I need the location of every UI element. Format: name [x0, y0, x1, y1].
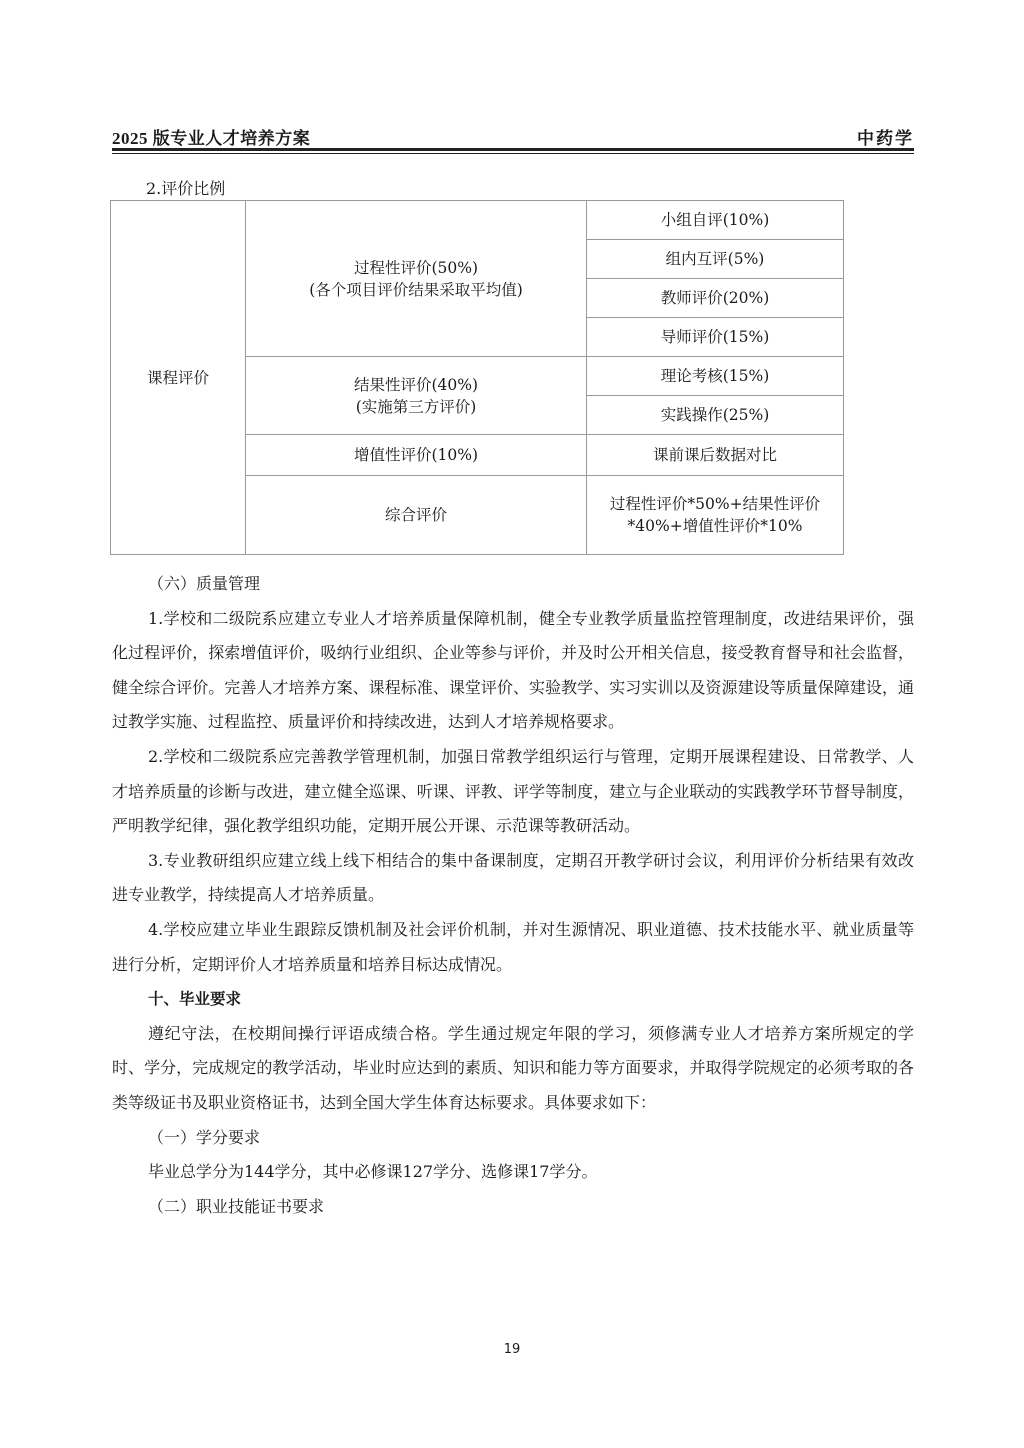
table-cell: 小组自评(10%): [587, 201, 844, 240]
header-rule-thin: [112, 153, 914, 154]
table-cell: 组内互评(5%): [587, 240, 844, 279]
header-major: 中药学: [857, 124, 914, 149]
paragraph: 2.学校和二级院系应完善教学管理机制，加强日常教学组织运行与管理，定期开展课程建…: [112, 740, 914, 844]
evaluation-ratio-table: 课程评价 过程性评价(50%) (各个项目评价结果采取平均值) 小组自评(10%…: [110, 200, 844, 555]
table-category-cell: 课程评价: [111, 201, 246, 555]
header-rule-thick: [112, 148, 914, 151]
comprehensive-eval-cell: 综合评价: [246, 476, 587, 555]
document-body: （六）质量管理 1.学校和二级院系应建立专业人才培养质量保障机制，健全专业教学质…: [112, 567, 914, 1224]
result-eval-label: 结果性评价(40%): [252, 374, 580, 396]
comprehensive-formula-cell: 过程性评价*50%+结果性评价 *40%+增值性评价*10%: [587, 476, 844, 555]
section-subtitle: 2.评价比例: [146, 176, 225, 199]
paragraph: 3.专业教研组织应建立线上线下相结合的集中备课制度，定期召开教学研讨会议，利用评…: [112, 844, 914, 913]
page-number: 19: [0, 1342, 1024, 1357]
process-eval-cell: 过程性评价(50%) (各个项目评价结果采取平均值): [246, 201, 587, 357]
table-cell: 理论考核(15%): [587, 357, 844, 396]
value-added-eval-cell: 增值性评价(10%): [246, 435, 587, 476]
table-cell: 导师评价(15%): [587, 318, 844, 357]
credits-heading: （一）学分要求: [112, 1121, 914, 1156]
quality-heading: （六）质量管理: [112, 567, 914, 602]
paragraph: 1.学校和二级院系应建立专业人才培养质量保障机制，健全专业教学质量监控管理制度，…: [112, 602, 914, 740]
formula-line: *40%+增值性评价*10%: [593, 515, 837, 537]
cert-heading: （二）职业技能证书要求: [112, 1190, 914, 1225]
process-eval-note: (各个项目评价结果采取平均值): [252, 279, 580, 301]
table-cell: 教师评价(20%): [587, 279, 844, 318]
paragraph: 遵纪守法，在校期间操行评语成绩合格。学生通过规定年限的学习，须修满专业人才培养方…: [112, 1017, 914, 1121]
table-cell: 课前课后数据对比: [587, 435, 844, 476]
result-eval-note: (实施第三方评价): [252, 396, 580, 418]
paragraph: 4.学校应建立毕业生跟踪反馈机制及社会评价机制，并对生源情况、职业道德、技术技能…: [112, 913, 914, 982]
table-cell: 实践操作(25%): [587, 396, 844, 435]
credits-text: 毕业总学分为144学分，其中必修课127学分、选修课17学分。: [112, 1155, 914, 1190]
header-title: 2025 版专业人才培养方案: [112, 124, 310, 149]
graduation-heading: 十、毕业要求: [112, 982, 914, 1017]
process-eval-label: 过程性评价(50%): [252, 257, 580, 279]
result-eval-cell: 结果性评价(40%) (实施第三方评价): [246, 357, 587, 435]
page-header: 2025 版专业人才培养方案 中药学: [112, 124, 914, 150]
formula-line: 过程性评价*50%+结果性评价: [593, 493, 837, 515]
